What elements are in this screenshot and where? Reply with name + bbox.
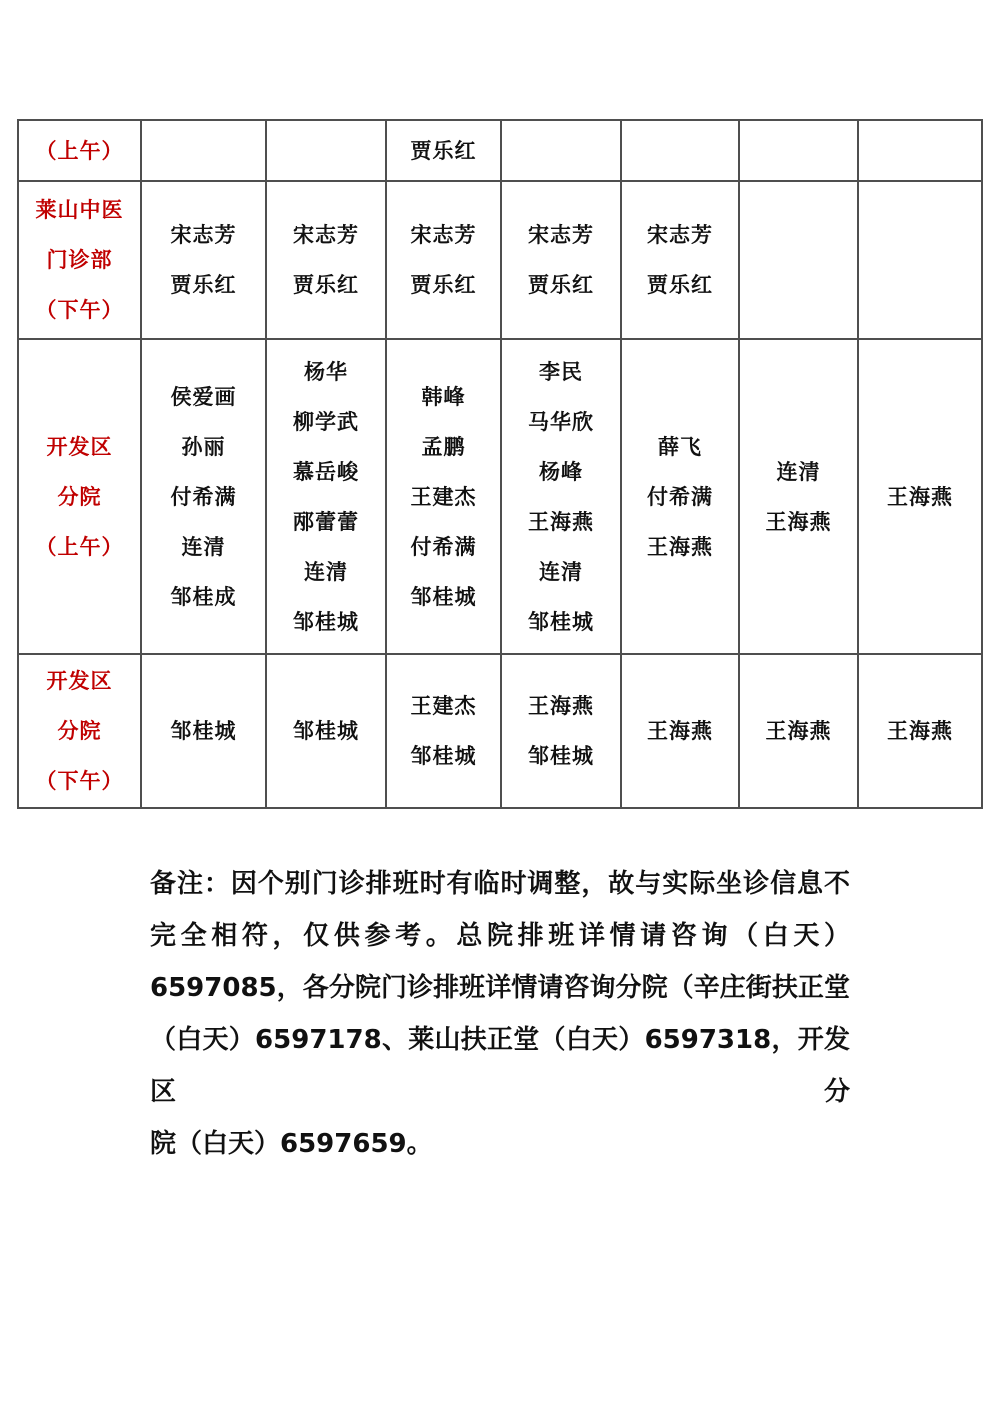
doctor-name: 贾乐红 bbox=[622, 260, 738, 310]
doctor-name: 邹桂城 bbox=[502, 731, 620, 781]
doctor-name: 孙丽 bbox=[142, 422, 265, 472]
schedule-table: （上午）贾乐红莱山中医门诊部（下午）宋志芳贾乐红宋志芳贾乐红宋志芳贾乐红宋志芳贾… bbox=[17, 119, 983, 809]
doctor-name: 贾乐红 bbox=[267, 260, 385, 310]
row-label-line: 门诊部 bbox=[19, 235, 140, 285]
doctor-name: 王建杰 bbox=[387, 472, 500, 522]
row-label: 开发区分院（下午） bbox=[18, 654, 141, 808]
row-label-line: （上午） bbox=[19, 522, 140, 572]
doctor-name: 宋志芳 bbox=[267, 210, 385, 260]
schedule-cell bbox=[739, 181, 858, 339]
doctor-name: 邹桂城 bbox=[387, 572, 500, 622]
schedule-cell: 侯爱画孙丽付希满连清邹桂成 bbox=[141, 339, 266, 654]
schedule-cell bbox=[739, 120, 858, 181]
schedule-cell: 薛飞付希满王海燕 bbox=[621, 339, 739, 654]
doctor-name: 邹桂成 bbox=[142, 572, 265, 622]
row-label: 莱山中医门诊部（下午） bbox=[18, 181, 141, 339]
schedule-cell: 李民马华欣杨峰王海燕连清邹桂城 bbox=[501, 339, 621, 654]
doctor-name: 贾乐红 bbox=[387, 126, 500, 176]
note-line: （白天）6597178、莱山扶正堂（白天）6597318，开发区分 bbox=[150, 1014, 850, 1118]
note-line: 备注：因个别门诊排班时有临时调整，故与实际坐诊信息不 bbox=[150, 858, 850, 910]
doctor-name: 贾乐红 bbox=[142, 260, 265, 310]
doctor-name: 邹桂城 bbox=[267, 706, 385, 756]
schedule-cell bbox=[141, 120, 266, 181]
schedule-cell: 宋志芳贾乐红 bbox=[141, 181, 266, 339]
doctor-name: 贾乐红 bbox=[387, 260, 500, 310]
row-label: 开发区分院（上午） bbox=[18, 339, 141, 654]
doctor-name: 李民 bbox=[502, 347, 620, 397]
schedule-cell: 宋志芳贾乐红 bbox=[621, 181, 739, 339]
row-label-line: （上午） bbox=[19, 126, 140, 176]
doctor-name: 邹桂城 bbox=[267, 597, 385, 647]
doctor-name: 慕岳峻 bbox=[267, 447, 385, 497]
schedule-cell: 杨华柳学武慕岳峻邴蕾蕾连清邹桂城 bbox=[266, 339, 386, 654]
schedule-cell: 王海燕邹桂城 bbox=[501, 654, 621, 808]
schedule-cell: 王海燕 bbox=[858, 654, 982, 808]
doctor-name: 宋志芳 bbox=[387, 210, 500, 260]
schedule-table-body: （上午）贾乐红莱山中医门诊部（下午）宋志芳贾乐红宋志芳贾乐红宋志芳贾乐红宋志芳贾… bbox=[18, 120, 982, 808]
schedule-cell bbox=[858, 181, 982, 339]
row-label-line: 开发区 bbox=[19, 422, 140, 472]
doctor-name: 韩峰 bbox=[387, 372, 500, 422]
doctor-name: 邹桂城 bbox=[387, 731, 500, 781]
schedule-cell: 宋志芳贾乐红 bbox=[386, 181, 501, 339]
row-label-line: 分院 bbox=[19, 706, 140, 756]
doctor-name: 宋志芳 bbox=[622, 210, 738, 260]
table-row: （上午）贾乐红 bbox=[18, 120, 982, 181]
doctor-name: 邴蕾蕾 bbox=[267, 497, 385, 547]
schedule-cell: 王海燕 bbox=[739, 654, 858, 808]
doctor-name: 连清 bbox=[502, 547, 620, 597]
doctor-name: 杨峰 bbox=[502, 447, 620, 497]
schedule-cell bbox=[266, 120, 386, 181]
doctor-name: 连清 bbox=[740, 447, 857, 497]
doctor-name: 柳学武 bbox=[267, 397, 385, 447]
doctor-name: 王海燕 bbox=[859, 472, 981, 522]
doctor-name: 杨华 bbox=[267, 347, 385, 397]
row-label-line: 莱山中医 bbox=[19, 185, 140, 235]
schedule-cell: 王建杰邹桂城 bbox=[386, 654, 501, 808]
doctor-name: 付希满 bbox=[142, 472, 265, 522]
doctor-name: 邹桂城 bbox=[142, 706, 265, 756]
schedule-cell: 宋志芳贾乐红 bbox=[266, 181, 386, 339]
doctor-name: 王海燕 bbox=[502, 497, 620, 547]
schedule-cell: 宋志芳贾乐红 bbox=[501, 181, 621, 339]
row-label-line: （下午） bbox=[19, 285, 140, 335]
doctor-name: 王海燕 bbox=[859, 706, 981, 756]
note-line: 院（白天）6597659。 bbox=[150, 1118, 850, 1170]
document-page: （上午）贾乐红莱山中医门诊部（下午）宋志芳贾乐红宋志芳贾乐红宋志芳贾乐红宋志芳贾… bbox=[0, 0, 992, 1403]
note-line: 完全相符，仅供参考。总院排班详情请咨询（白天） bbox=[150, 910, 850, 962]
schedule-cell: 邹桂城 bbox=[141, 654, 266, 808]
schedule-cell: 韩峰孟鹏王建杰付希满邹桂城 bbox=[386, 339, 501, 654]
row-label-line: 开发区 bbox=[19, 656, 140, 706]
doctor-name: 王海燕 bbox=[622, 706, 738, 756]
schedule-cell bbox=[621, 120, 739, 181]
doctor-name: 薛飞 bbox=[622, 422, 738, 472]
doctor-name: 付希满 bbox=[387, 522, 500, 572]
doctor-name: 连清 bbox=[142, 522, 265, 572]
note-line: 6597085，各分院门诊排班详情请咨询分院（辛庄街扶正堂 bbox=[150, 962, 850, 1014]
doctor-name: 王建杰 bbox=[387, 681, 500, 731]
schedule-cell bbox=[858, 120, 982, 181]
doctor-name: 宋志芳 bbox=[142, 210, 265, 260]
doctor-name: 王海燕 bbox=[740, 497, 857, 547]
doctor-name: 马华欣 bbox=[502, 397, 620, 447]
doctor-name: 侯爱画 bbox=[142, 372, 265, 422]
doctor-name: 付希满 bbox=[622, 472, 738, 522]
table-row: 莱山中医门诊部（下午）宋志芳贾乐红宋志芳贾乐红宋志芳贾乐红宋志芳贾乐红宋志芳贾乐… bbox=[18, 181, 982, 339]
doctor-name: 贾乐红 bbox=[502, 260, 620, 310]
doctor-name: 邹桂城 bbox=[502, 597, 620, 647]
schedule-cell bbox=[501, 120, 621, 181]
table-row: 开发区分院（上午）侯爱画孙丽付希满连清邹桂成杨华柳学武慕岳峻邴蕾蕾连清邹桂城韩峰… bbox=[18, 339, 982, 654]
row-label-line: （下午） bbox=[19, 756, 140, 806]
table-row: 开发区分院（下午）邹桂城邹桂城王建杰邹桂城王海燕邹桂城王海燕王海燕王海燕 bbox=[18, 654, 982, 808]
schedule-cell: 邹桂城 bbox=[266, 654, 386, 808]
row-label-line: 分院 bbox=[19, 472, 140, 522]
note-paragraph: 备注：因个别门诊排班时有临时调整，故与实际坐诊信息不 完全相符，仅供参考。总院排… bbox=[150, 858, 850, 1170]
doctor-name: 宋志芳 bbox=[502, 210, 620, 260]
doctor-name: 孟鹏 bbox=[387, 422, 500, 472]
row-label: （上午） bbox=[18, 120, 141, 181]
schedule-cell: 王海燕 bbox=[621, 654, 739, 808]
doctor-name: 王海燕 bbox=[622, 522, 738, 572]
doctor-name: 连清 bbox=[267, 547, 385, 597]
doctor-name: 王海燕 bbox=[502, 681, 620, 731]
schedule-cell: 连清王海燕 bbox=[739, 339, 858, 654]
schedule-cell: 王海燕 bbox=[858, 339, 982, 654]
doctor-name: 王海燕 bbox=[740, 706, 857, 756]
schedule-cell: 贾乐红 bbox=[386, 120, 501, 181]
